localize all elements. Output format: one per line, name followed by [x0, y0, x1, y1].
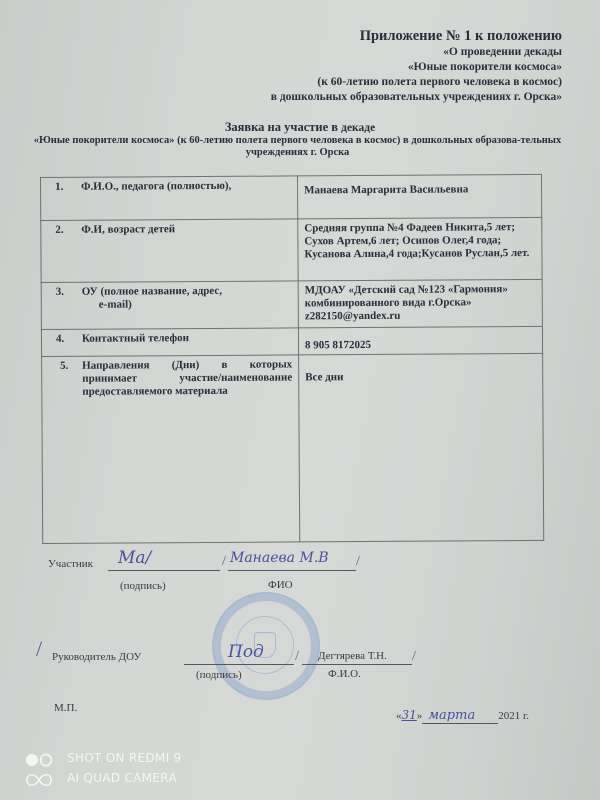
date-month: марта — [422, 708, 498, 724]
participant-signature: Ма/ — [118, 548, 151, 568]
row-label-cont: e-mail) — [56, 297, 292, 311]
row-label: Контактный телефон — [82, 332, 189, 345]
application-form-table: 1.Ф.И.О., педагога (полностью), Манаева … — [40, 174, 544, 544]
directions-value: Все дни — [299, 353, 544, 541]
participant-signature-line — [108, 570, 220, 571]
date-field: «31»марта2021 г. — [396, 708, 529, 724]
slash-mark: / — [412, 649, 416, 665]
row-label: Ф.И.О., педагога (полностью), — [81, 180, 231, 193]
institution-email: z282150@yandex.ru — [305, 309, 536, 323]
redmi-camera-icon — [24, 752, 56, 792]
head-name: Дегтярева Т.Н. — [318, 650, 387, 662]
head-signature-line — [184, 664, 294, 665]
annex-line: в дошкольных образовательных учреждениях… — [271, 91, 562, 103]
phone-number: 8 905 8172025 — [305, 339, 371, 351]
row-label: Ф.И, возраст детей — [81, 223, 175, 236]
row-label-cell: 5. Направления (Дни) в которых принимает… — [42, 355, 300, 544]
annex-line: «Юные покорители космоса» — [408, 61, 562, 73]
table-row: 2.Ф.И, возраст детей Средняя группа №4 Ф… — [41, 217, 542, 282]
signature-caption: (подпись) — [120, 580, 166, 592]
date-day: 31 — [402, 708, 417, 722]
directions-text: Все дни — [305, 371, 343, 383]
watermark-text: SHOT ON REDMI 9 AI QUAD CAMERA — [67, 748, 181, 788]
phone-value: 8 905 8172025 — [298, 326, 542, 354]
watermark-line1: SHOT ON REDMI 9 — [67, 748, 181, 768]
head-label: Руководитель ДОУ — [52, 651, 141, 663]
name-caption: ФИО — [268, 579, 293, 591]
annex-line: (к 60-летию полета первого человека в ко… — [317, 76, 562, 88]
table-row: 4.Контактный телефон 8 905 8172025 — [41, 326, 542, 356]
head-name-line — [302, 664, 412, 665]
application-subtitle: «Юные покорители космоса» (к 60-летию по… — [30, 135, 565, 159]
institution-line: МДОАУ «Детский сад №123 «Гармония» — [305, 283, 536, 297]
date-year: 2021 г. — [498, 710, 529, 722]
annex-title: Приложение № 1 к положению — [360, 28, 562, 45]
row-label: принимает участие/наименование — [82, 371, 292, 385]
head-signature: Под — [228, 642, 264, 662]
row-label: ОУ (полное название, адрес, — [82, 285, 222, 298]
row-label-cell: 1.Ф.И.О., педагога (полностью), — [41, 176, 298, 221]
watermark-line2: AI QUAD CAMERA — [67, 768, 181, 788]
signature-caption: (подпись) — [196, 669, 242, 681]
participant-name-line — [228, 570, 356, 571]
application-title: Заявка на участие в декаде — [0, 120, 600, 135]
row-number: 5. — [60, 360, 82, 399]
row-number: 1. — [55, 181, 81, 194]
row-label: Направления (Дни) в которых — [82, 358, 292, 372]
row-label-cell: 3.ОУ (полное название, адрес, e-mail) — [41, 281, 298, 330]
slash-mark: / — [356, 554, 360, 570]
annex-line: «О проведении декады — [443, 46, 562, 58]
slash-mark: / — [222, 554, 226, 570]
name-caption: Ф.И.О. — [328, 668, 361, 680]
row-label-cell: 2.Ф.И, возраст детей — [41, 219, 298, 283]
row-number: 4. — [56, 333, 82, 346]
table-row: 5. Направления (Дни) в которых принимает… — [42, 353, 544, 543]
participant-name-handwritten: Манаева М.В — [230, 550, 329, 566]
seal-label: М.П. — [54, 702, 77, 714]
children-value: Средняя группа №4 Фадеев Никита,5 лет; С… — [298, 217, 542, 280]
slash-mark: / — [295, 649, 299, 665]
application-title-bold: Заявка на участие в — [225, 120, 338, 134]
participant-label: Участник — [48, 558, 93, 570]
slash-mark: / — [36, 636, 42, 662]
row-label: предоставляемого материала — [82, 384, 292, 398]
institution-value: МДОАУ «Детский сад №123 «Гармония» комби… — [298, 279, 542, 327]
row-number: 2. — [55, 224, 81, 237]
table-row: 1.Ф.И.О., педагога (полностью), Манаева … — [41, 174, 542, 220]
application-title-normal: декаде — [341, 122, 375, 134]
row-label-cell: 4.Контактный телефон — [41, 328, 298, 357]
teacher-name-value: Манаева Маргарита Васильевна — [297, 174, 541, 218]
row-number: 3. — [56, 286, 82, 299]
table-row: 3.ОУ (полное название, адрес, e-mail) МД… — [41, 279, 542, 329]
